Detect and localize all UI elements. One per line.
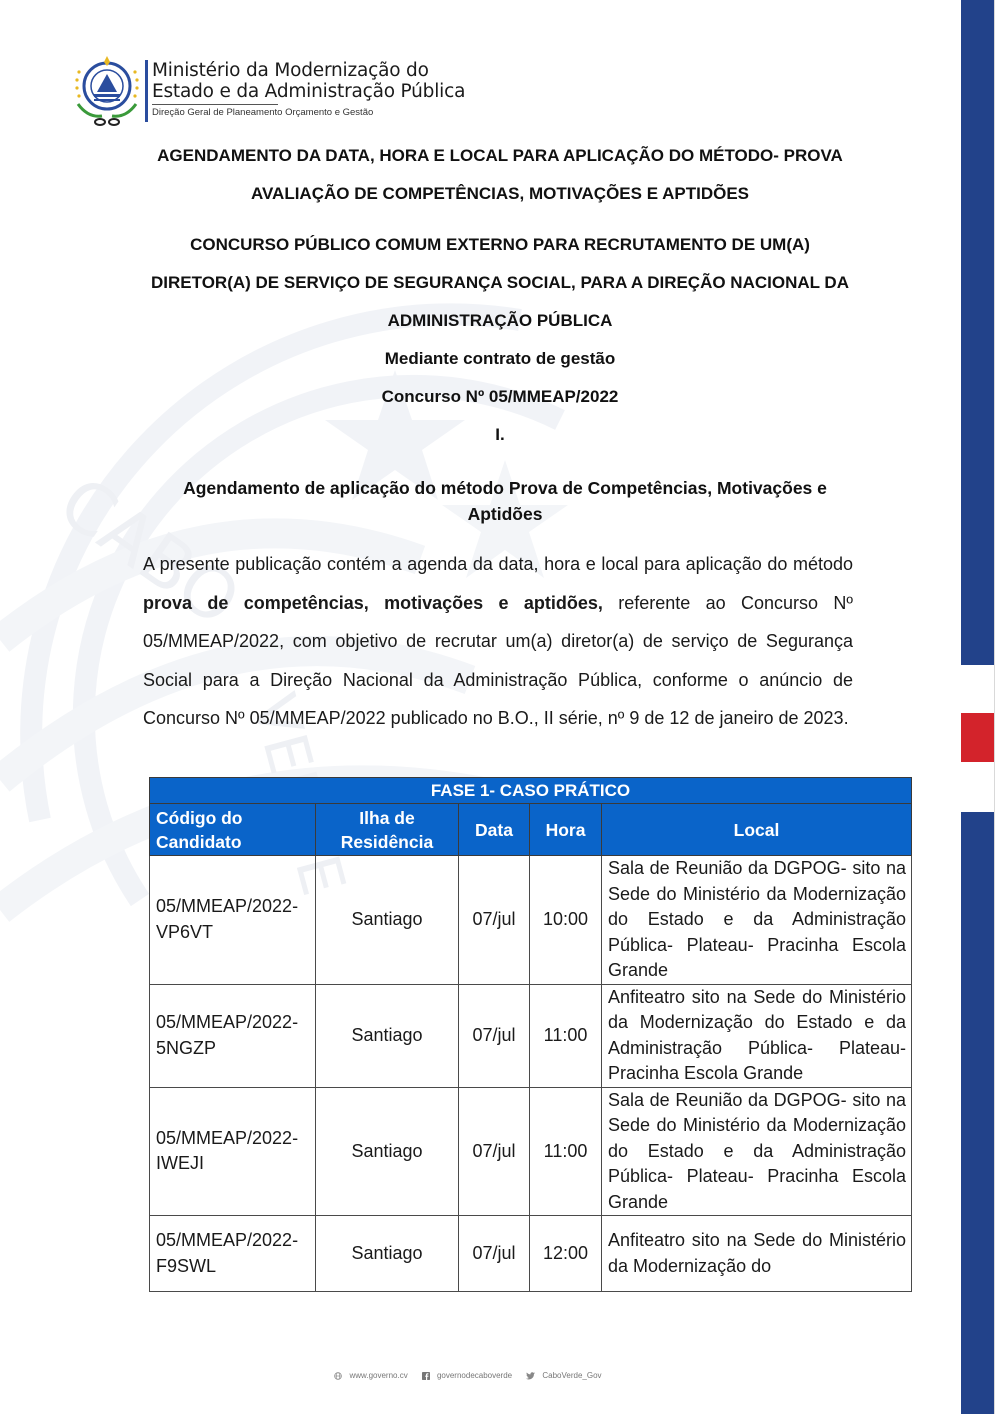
footer-twitter-text: CaboVerde_Gov [542,1371,601,1380]
page-edge-line [994,0,995,1414]
column-header-island: Ilha de Residência [316,804,459,856]
ministry-name-line1: Ministério da Modernização do [152,60,465,81]
section-title: Agendamento de aplicação do método Prova… [150,475,860,527]
candidate-code: 05/MMEAP/2022-F9SWL [150,1216,316,1292]
candidate-code: 05/MMEAP/2022-5NGZP [150,984,316,1087]
footer-website-text: www.governo.cv [349,1371,407,1380]
hour: 12:00 [530,1216,602,1292]
ministry-name: Ministério da Modernização do Estado e d… [152,60,465,102]
column-header-code: Código do Candidato [150,804,316,856]
contest-title-line2: DIRETOR(A) DE SERVIÇO DE SEGURANÇA SOCIA… [140,273,860,293]
island: Santiago [316,984,459,1087]
intro-text-part1: A presente publicação contém a agenda da… [143,554,853,574]
side-stripe-red [961,713,994,762]
column-header-local: Local [602,804,912,856]
column-header-hour: Hora [530,804,602,856]
column-header-date: Data [459,804,530,856]
table-row: 05/MMEAP/2022-IWEJI Santiago 07/jul 11:0… [150,1087,912,1216]
facebook-icon [422,1372,430,1380]
footer: www.governo.cv governodecaboverde CaboVe… [0,1371,940,1380]
section-number: I. [140,425,860,445]
directorate-name: Direção Geral de Planeamento Orçamento e… [152,107,373,118]
contest-title-line3: ADMINISTRAÇÃO PÚBLICA [140,311,860,331]
table-row: 05/MMEAP/2022-5NGZP Santiago 07/jul 11:0… [150,984,912,1087]
twitter-icon [526,1372,535,1380]
location: Sala de Reunião da DGPOG- sito na Sede d… [602,1087,912,1216]
ministry-underline [152,104,278,105]
contract-type: Mediante contrato de gestão [140,349,860,369]
intro-text-bold: prova de competências, motivações e apti… [143,593,603,613]
globe-icon [334,1372,342,1380]
contest-number: Concurso Nº 05/MMEAP/2022 [140,387,860,407]
phase-title: FASE 1- CASO PRÁTICO [150,778,912,804]
hour: 11:00 [530,1087,602,1216]
contest-title-line1: CONCURSO PÚBLICO COMUM EXTERNO PARA RECR… [140,235,860,255]
table-header-row: Código do Candidato Ilha de Residência D… [150,804,912,856]
hour: 11:00 [530,984,602,1087]
ministry-name-line2: Estado e da Administração Pública [152,81,465,102]
table-row: 05/MMEAP/2022-F9SWL Santiago 07/jul 12:0… [150,1216,912,1292]
date: 07/jul [459,856,530,985]
cabo-verde-coat-of-arms-icon [70,52,144,128]
side-stripe-blue-bottom [961,812,994,1414]
logo-divider [145,60,148,122]
footer-facebook[interactable]: governodecaboverde [422,1371,518,1380]
footer-twitter[interactable]: CaboVerde_Gov [526,1371,605,1380]
footer-website[interactable]: www.governo.cv [334,1371,413,1380]
hour: 10:00 [530,856,602,985]
footer-facebook-text: governodecaboverde [437,1371,512,1380]
intro-paragraph: A presente publicação contém a agenda da… [143,545,853,738]
document-title-line1: AGENDAMENTO DA DATA, HORA E LOCAL PARA A… [140,146,860,166]
side-stripe-blue-top [961,0,994,665]
date: 07/jul [459,1087,530,1216]
island: Santiago [316,1216,459,1292]
document-title-line2: AVALIAÇÃO DE COMPETÊNCIAS, MOTIVAÇÕES E … [140,184,860,204]
location: Sala de Reunião da DGPOG- sito na Sede d… [602,856,912,985]
island: Santiago [316,1087,459,1216]
candidate-code: 05/MMEAP/2022-VP6VT [150,856,316,985]
date: 07/jul [459,984,530,1087]
candidate-code: 05/MMEAP/2022-IWEJI [150,1087,316,1216]
date: 07/jul [459,1216,530,1292]
table-row: 05/MMEAP/2022-VP6VT Santiago 07/jul 10:0… [150,856,912,985]
island: Santiago [316,856,459,985]
schedule-table: FASE 1- CASO PRÁTICO Código do Candidato… [149,777,912,1292]
location: Anfiteatro sito na Sede do Ministério da… [602,984,912,1087]
location: Anfiteatro sito na Sede do Ministério da… [602,1216,912,1292]
